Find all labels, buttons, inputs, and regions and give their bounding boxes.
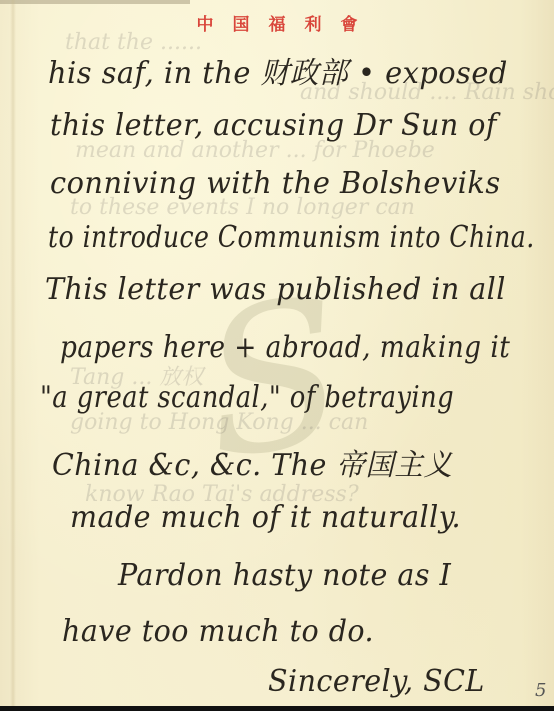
letter-line-7: "a great scandal," of betraying (40, 380, 454, 415)
page-number: 5 (535, 680, 547, 701)
letter-line-2: this letter, accusing Dr Sun of (50, 108, 497, 143)
letter-line-3: conniving with the Bolsheviks (50, 166, 501, 201)
letterhead: 中国福利會 (0, 10, 554, 35)
letter-line-6: papers here + abroad, making it (60, 330, 510, 365)
letter-line-5: This letter was published in all (45, 272, 506, 307)
paper-fold-left (10, 0, 16, 706)
letter-line-10: Pardon hasty note as I (118, 558, 451, 593)
letter-line-1: his saf, in the 财政部 • exposed (48, 48, 508, 92)
letter-page: S that the ...... and should .... Rain s… (0, 0, 554, 706)
paper-fold-top (0, 0, 190, 4)
letter-line-8: China &c, &c. The 帝国主义 (52, 440, 452, 484)
letter-line-11: have too much to do. (62, 614, 374, 649)
letter-line-9: made much of it naturally. (70, 500, 461, 535)
signature-line: Sincerely, SCL (268, 664, 485, 699)
scan-border (0, 706, 554, 711)
letter-line-4: to introduce Communism into China. (48, 220, 535, 255)
